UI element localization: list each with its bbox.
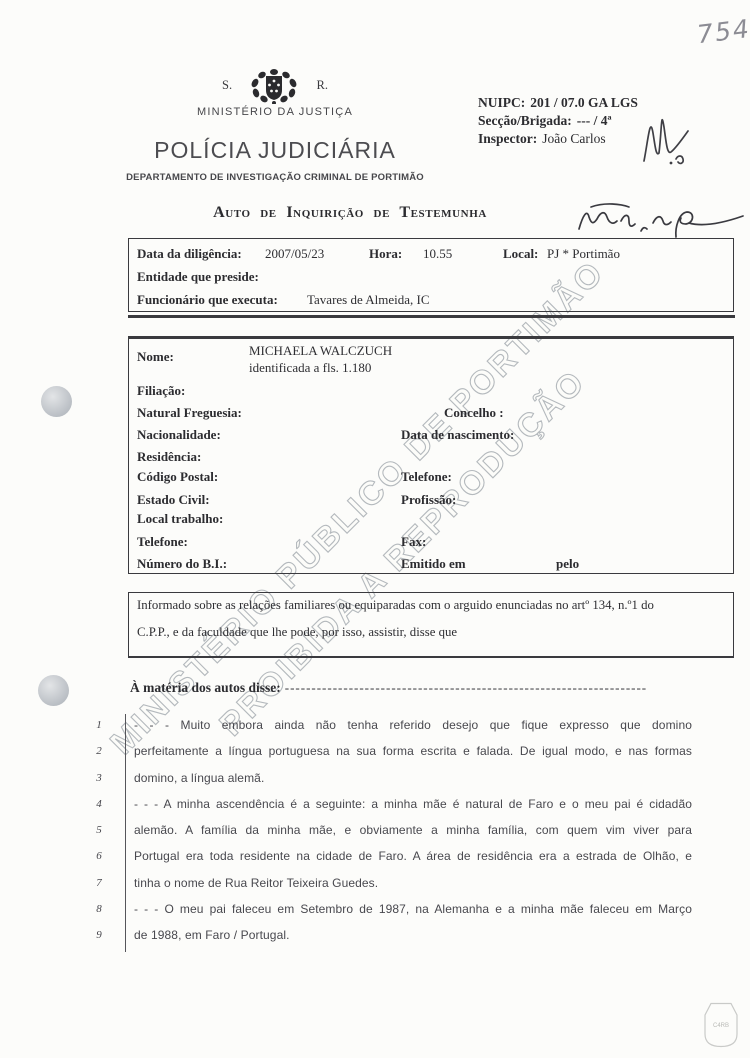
line-number: 9 <box>90 922 108 948</box>
presiding-label: Entidade que preside: <box>137 269 259 285</box>
line-number: 1 <box>90 712 108 738</box>
statement-body: - - - Muito embora ainda não tenha refer… <box>134 712 692 949</box>
document-title: Auto de Inquirição de Testemunha <box>105 204 595 222</box>
place-label: Local: <box>503 246 538 262</box>
fax-label: Fax: <box>401 534 426 550</box>
name-label: Nome: <box>137 349 174 365</box>
place-value: PJ * Portimão <box>547 246 620 262</box>
case-inspector-row: Inspector:João Carlos <box>478 131 606 147</box>
name-value: MICHAELA WALCZUCH <box>249 343 392 359</box>
statement-line: - - - Muito embora ainda não tenha refer… <box>134 712 692 738</box>
handwritten-page-number: 7540 <box>695 12 750 50</box>
nuipc-value: 201 / 07.0 GA LGS <box>530 95 638 110</box>
department-name: DEPARTAMENTO DE INVESTIGAÇÃO CRIMINAL DE… <box>120 172 430 183</box>
section-divider-rule <box>128 315 735 318</box>
statement-line: domino, a língua alemã. <box>134 765 692 791</box>
issued-by-label: pelo <box>556 556 579 572</box>
coat-of-arms-icon <box>247 66 301 104</box>
section-value: --- / 4ª <box>577 113 612 128</box>
line-number-column: 1 2 3 4 5 6 7 8 9 <box>90 712 108 949</box>
official-label: Funcionário que executa: <box>137 292 278 308</box>
witness-signature <box>575 197 747 241</box>
statement-line: de 1988, em Faro / Portugal. <box>134 922 692 948</box>
witness-box: Nome: MICHAELA WALCZUCH identificada a f… <box>128 336 734 574</box>
organization-name: POLÍCIA JUDICIÁRIA <box>135 137 415 164</box>
birth-label: Data de nascimento: <box>401 427 514 443</box>
marital-label: Estado Civil: <box>137 492 210 508</box>
inspector-label: Inspector: <box>478 131 537 146</box>
name-note: identificada a fls. 1.180 <box>249 360 371 376</box>
filiation-label: Filiação: <box>137 383 185 399</box>
nationality-label: Nacionalidade: <box>137 427 221 443</box>
case-section-row: Secção/Brigada:--- / 4ª <box>478 113 612 129</box>
margin-rule <box>125 714 126 952</box>
corner-stamp-text: C4RB <box>713 1023 729 1029</box>
parish-label: Natural Freguesia: <box>137 405 242 421</box>
inspector-signature <box>638 103 696 169</box>
diligence-box: Data da diligência: 2007/05/23 Hora: 10.… <box>128 238 734 312</box>
nuipc-label: NUIPC: <box>478 95 525 110</box>
time-label: Hora: <box>369 246 402 262</box>
inspector-value: João Carlos <box>542 131 605 146</box>
line-number: 8 <box>90 896 108 922</box>
notice-line-2: C.P.P., e da faculdade que lhe pode, por… <box>137 625 734 640</box>
statement-line: tinha o nome de Rua Reitor Teixeira Gued… <box>134 870 692 896</box>
statement-heading-row: À matéria dos autos disse: -------------… <box>130 680 647 696</box>
statement-line: perfeitamente a língua portuguesa na sua… <box>134 738 692 764</box>
official-value: Tavares de Almeida, IC <box>307 292 430 308</box>
line-number: 6 <box>90 843 108 869</box>
postal-label: Código Postal: <box>137 469 218 485</box>
line-number: 2 <box>90 738 108 764</box>
statement-line: - - - O meu pai faleceu em Setembro de 1… <box>134 896 692 922</box>
county-label: Concelho : <box>444 405 504 421</box>
hole-punch-bottom <box>38 675 69 706</box>
statement-heading-dashes: ----------------------------------------… <box>285 680 647 696</box>
ministry-name: MINISTÉRIO DA JUSTIÇA <box>155 106 395 118</box>
profession-label: Profissão: <box>401 492 456 508</box>
line-number: 5 <box>90 817 108 843</box>
notice-line-1: Informado sobre as relações familiares o… <box>137 598 734 613</box>
statement-line: - - - A minha ascendência é a seguinte: … <box>134 791 692 817</box>
letter-s: S. <box>222 78 232 93</box>
scanned-document-page: MINISTÉRIO PÚBLICO DE PORTIMÃO PROIBIDA … <box>0 0 750 1058</box>
section-label: Secção/Brigada: <box>478 113 572 128</box>
residence-label: Residência: <box>137 449 201 465</box>
statement-heading: À matéria dos autos disse: <box>130 680 281 696</box>
case-nuipc-row: NUIPC:201 / 07.0 GA LGS <box>478 95 638 111</box>
corner-stamp: C4RB <box>703 1002 739 1048</box>
line-number: 7 <box>90 870 108 896</box>
legal-notice-box: Informado sobre as relações familiares o… <box>128 592 734 658</box>
hole-punch-top <box>41 386 72 417</box>
issued-label: Emitido em <box>401 556 466 572</box>
line-number: 4 <box>90 791 108 817</box>
phone1-label: Telefone: <box>401 469 452 485</box>
id-label: Número do B.I.: <box>137 556 227 572</box>
statement-line: alemão. A família da minha mãe, e obviam… <box>134 817 692 843</box>
statement-line: Portugal era toda residente na cidade de… <box>134 843 692 869</box>
time-value: 10.55 <box>423 246 452 262</box>
header-emblem-row: S. R. <box>222 66 328 104</box>
workplace-label: Local trabalho: <box>137 511 223 527</box>
phone2-label: Telefone: <box>137 534 188 550</box>
date-value: 2007/05/23 <box>265 246 324 262</box>
letter-r: R. <box>317 78 328 93</box>
date-label: Data da diligência: <box>137 246 242 262</box>
line-number: 3 <box>90 765 108 791</box>
